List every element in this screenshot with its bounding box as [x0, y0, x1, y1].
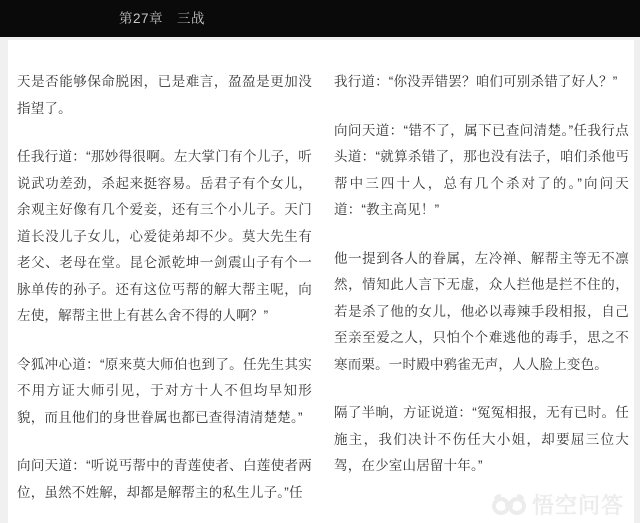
header-bar: 第27章 三战 — [0, 0, 640, 37]
paragraph: 我行道：“你没弄错罢？咱们可别杀错了好人？” — [334, 69, 629, 96]
paragraph: 向问天道：“错不了，属下已查问清楚。”任我行点头道：“就算杀错了，那也没有法子，… — [334, 118, 629, 224]
paragraph: 天是否能够保命脱困，已是难言，盈盈是更加没指望了。 — [17, 69, 312, 122]
two-column-text: 天是否能够保命脱困，已是难言，盈盈是更加没指望了。任我行道：“那妙得很啊。左大掌… — [8, 40, 634, 523]
text-column-right: 我行道：“你没弄错罢？咱们可别杀错了好人？”向问天道：“错不了，属下已查问清楚。… — [334, 69, 629, 523]
chapter-title: 第27章 三战 — [119, 0, 205, 37]
paragraph: 隔了半晌，方证说道：“冤冤相报，无有已时。任施主，我们决计不伤任大小姐，却要屈三… — [334, 400, 629, 480]
paragraph: 任我行道：“那妙得很啊。左大掌门有个儿子，听说武功差劲，杀起来挺容易。岳君子有个… — [17, 144, 312, 330]
paragraph: 他一提到各人的眷属，左冷禅、解帮主等无不凛然，情知此人言下无虚，众人拦他是拦不住… — [334, 246, 629, 379]
text-column-left: 天是否能够保命脱困，已是难言，盈盈是更加没指望了。任我行道：“那妙得很啊。左大掌… — [17, 69, 312, 523]
reading-area: 天是否能够保命脱困，已是难言，盈盈是更加没指望了。任我行道：“那妙得很啊。左大掌… — [8, 40, 634, 523]
paragraph: 令狐冲心道：“原来莫大师伯也到了。任先生其实不用方证大师引见，于对方十人不但均早… — [17, 352, 312, 432]
paragraph: 向问天道：“听说丐帮中的青莲使者、白莲使者两位，虽然不姓解，却都是解帮主的私生儿… — [17, 453, 312, 506]
